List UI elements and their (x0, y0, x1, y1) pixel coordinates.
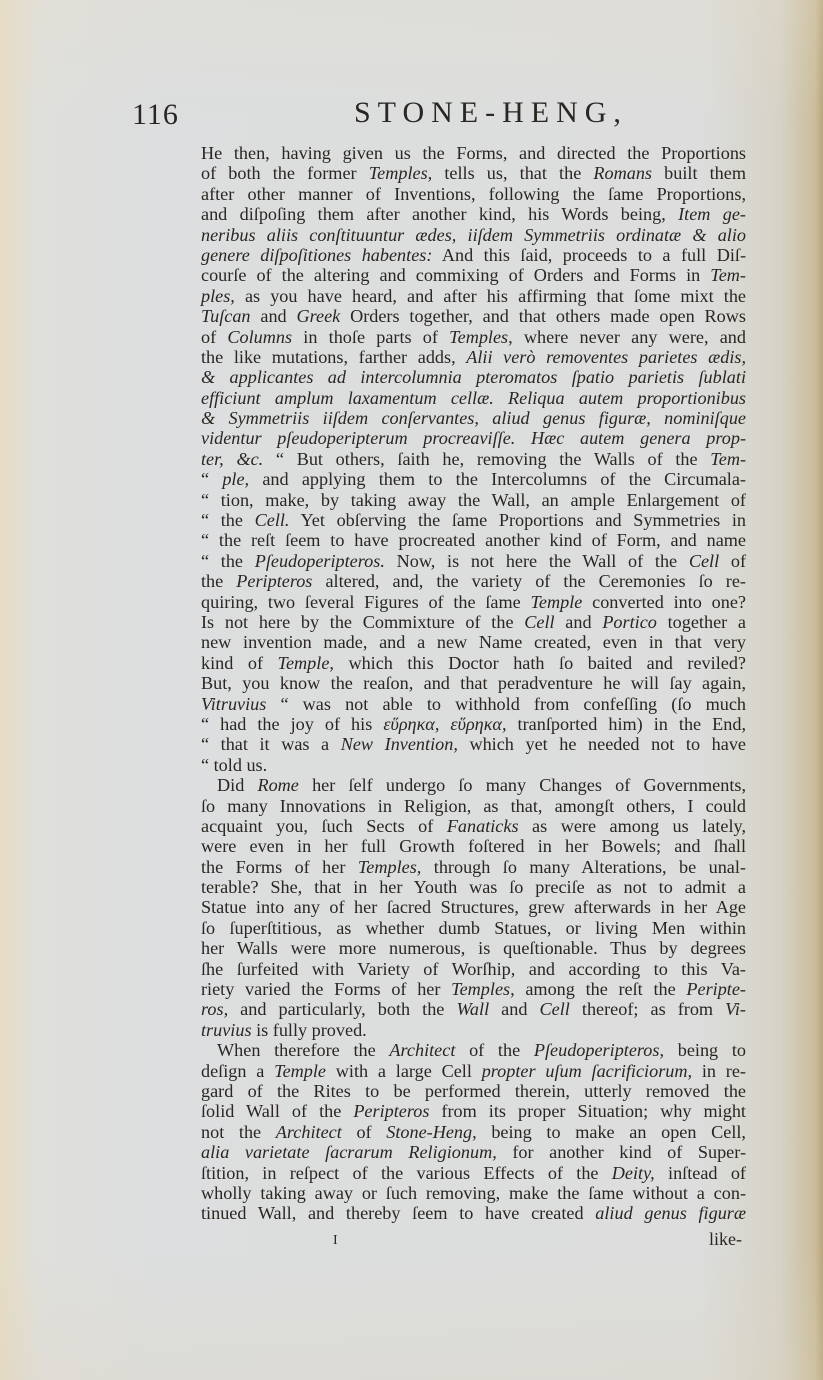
text-line: But, you know the reaſon, and that perad… (201, 673, 746, 693)
text-line: Vitruvius “ was not able to withhold fro… (201, 694, 746, 714)
text-line: the like mutations, farther adds, Alii v… (201, 347, 746, 367)
text-line: the Forms of her Temples, through ſo man… (201, 857, 746, 877)
body-text: He then, having given us the Forms, and … (201, 143, 746, 1224)
text-line: When therefore the Architect of the Pſeu… (201, 1040, 746, 1060)
text-line: neribus aliis conſtituuntur ædes, iiſdem… (201, 225, 746, 245)
text-line: efficiunt amplum laxamentum cellæ. Reliq… (201, 388, 746, 408)
text-line: and diſpoſing them after another kind, h… (201, 204, 746, 224)
text-line: of Columns in thoſe parts of Temples, wh… (201, 327, 746, 347)
text-line: tinued Wall, and thereby ſeem to have cr… (201, 1203, 746, 1223)
text-line: deſign a Temple with a large Cell propte… (201, 1061, 746, 1081)
text-line: & applicantes ad intercolumnia pteromato… (201, 367, 746, 387)
text-line: were even in her full Growth foſtered in… (201, 836, 746, 856)
text-line: kind of Temple, which this Doctor hath ſ… (201, 653, 746, 673)
text-line: after other manner of Inventions, follow… (201, 184, 746, 204)
text-line: “ the Cell. Yet obſerving the ſame Propo… (201, 510, 746, 530)
text-line: ſo many Innovations in Religion, as that… (201, 796, 746, 816)
text-line: her Walls were more numerous, is queſtio… (201, 938, 746, 958)
text-line: new invention made, and a new Name creat… (201, 632, 746, 652)
text-line: not the Architect of Stone-Heng, being t… (201, 1122, 746, 1142)
text-line: “ the Pſeudoperipteros. Now, is not here… (201, 551, 746, 571)
text-line: wholly taking away or ſuch removing, mak… (201, 1183, 746, 1203)
text-line: gard of the Rites to be performed therei… (201, 1081, 746, 1101)
text-line: Did Rome her ſelf undergo ſo many Change… (201, 775, 746, 795)
page-number: 116 (132, 98, 179, 132)
text-line: “ that it was a New Invention, which yet… (201, 734, 746, 754)
catchword: like- (709, 1229, 742, 1250)
signature-mark: I (333, 1233, 338, 1249)
text-line: acquaint you, ſuch Sects of Fanaticks as… (201, 816, 746, 836)
text-line: & Symmetriis iiſdem conſervantes, aliud … (201, 408, 746, 428)
text-line: ter, &c. “ But others, ſaith he, removin… (201, 449, 746, 469)
text-line: ples, as you have heard, and after his a… (201, 286, 746, 306)
text-line: He then, having given us the Forms, and … (201, 143, 746, 163)
text-line: “ ple, and applying them to the Intercol… (201, 469, 746, 489)
running-head: 116 STONE-HENG, (132, 96, 752, 136)
text-line: ſtition, in reſpect of the various Effec… (201, 1163, 746, 1183)
text-line: quiring, two ſeveral Figures of the ſame… (201, 592, 746, 612)
text-line: the Peripteros altered, and, the variety… (201, 571, 746, 591)
text-line: “ told us. (201, 755, 746, 775)
text-line: Is not here by the Commixture of the Cel… (201, 612, 746, 632)
text-line: of both the former Temples, tells us, th… (201, 163, 746, 183)
text-line: ros, and particularly, both the Wall and… (201, 999, 746, 1019)
text-line: ſo ſuperſtitious, as whether dumb Statue… (201, 918, 746, 938)
text-line: “ tion, make, by taking away the Wall, a… (201, 490, 746, 510)
text-line: ſhe ſurfeited with Variety of Worſhip, a… (201, 959, 746, 979)
text-line: “ the reſt ſeem to have procreated anoth… (201, 530, 746, 550)
text-line: terable? She, that in her Youth was ſo p… (201, 877, 746, 897)
text-line: videntur pſeudoperipterum procreaviſſe. … (201, 428, 746, 448)
text-line: Statue into any of her ſacred Structures… (201, 897, 746, 917)
text-line: ſolid Wall of the Peripteros from its pr… (201, 1101, 746, 1121)
text-line: “ had the joy of his εὕρηκα, εὕρηκα, tra… (201, 714, 746, 734)
text-line: riety varied the Forms of her Temples, a… (201, 979, 746, 999)
text-line: truvius is fully proved. (201, 1020, 746, 1040)
text-line: alia varietate ſacrarum Religionum, for … (201, 1142, 746, 1162)
text-line: Tuſcan and Greek Orders together, and th… (201, 306, 746, 326)
text-line: courſe of the altering and commixing of … (201, 265, 746, 285)
page-title: STONE-HENG, (354, 96, 628, 130)
text-line: genere diſpoſitiones habentes: And this … (201, 245, 746, 265)
